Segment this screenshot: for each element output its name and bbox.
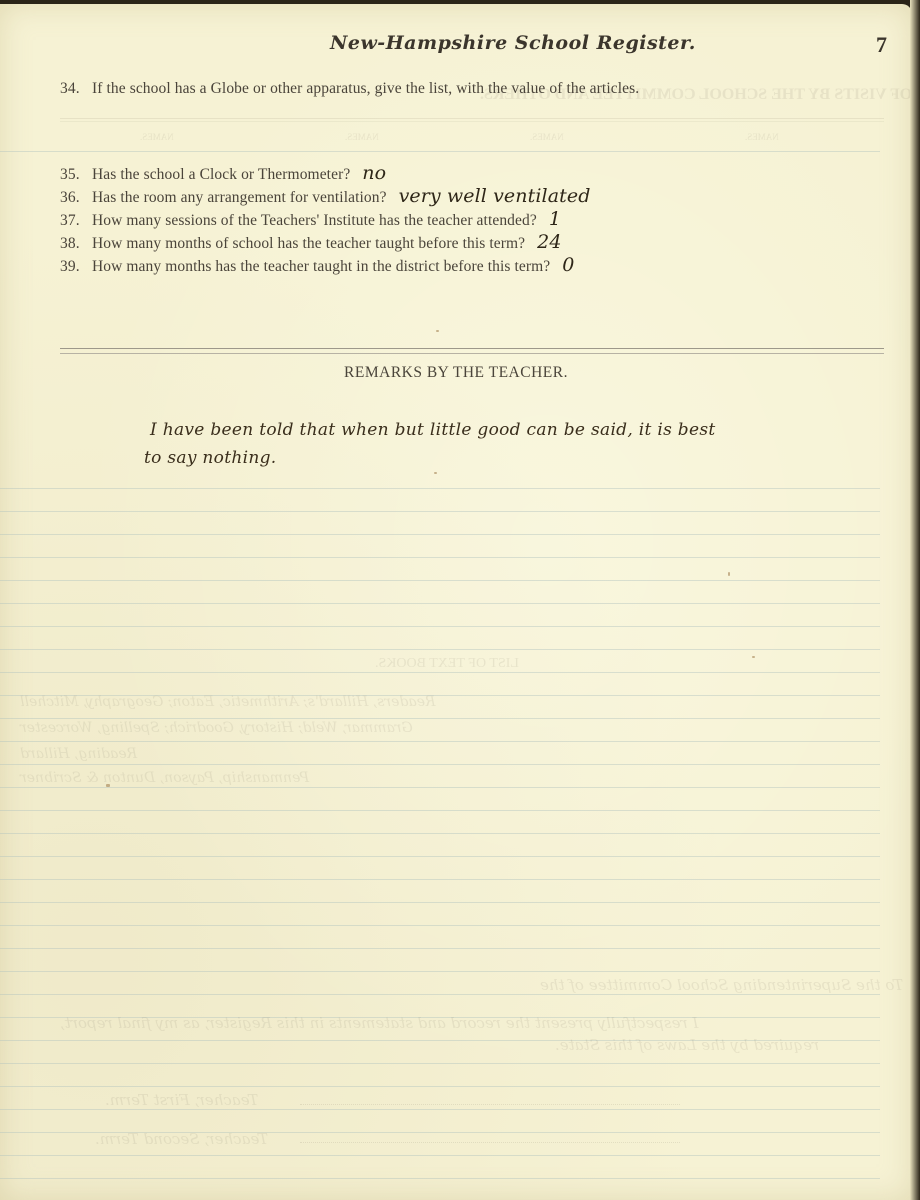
section-divider: [60, 348, 884, 354]
bleed-through-column-label: NAMES.: [745, 132, 779, 142]
question-text: How many sessions of the Teachers' Insti…: [92, 212, 537, 229]
handwritten-answer: no: [362, 162, 386, 184]
bleed-through-books-list: Grammar, Weld; History, Goodrich; Spelli…: [20, 720, 413, 736]
page-title: New-Hampshire School Register.: [330, 32, 696, 54]
page-number: 7: [876, 32, 887, 58]
bleed-through-statement: I respectfully present the record and st…: [60, 1014, 698, 1032]
page-edge: [910, 0, 920, 1200]
teacher-remarks: I have been told that when but little go…: [150, 416, 850, 472]
question-39: 39. How many months has the teacher taug…: [60, 254, 574, 276]
bleed-through-books-list: Penmanship, Payson, Dunton & Scribner: [20, 770, 309, 786]
bleed-through-books-heading: LIST OF TEXT BOOKS.: [375, 656, 519, 672]
bleed-through-rule: [60, 118, 884, 122]
question-text: How many months of school has the teache…: [92, 235, 525, 252]
question-text: Has the room any arrangement for ventila…: [92, 189, 387, 206]
question-number: 37.: [60, 212, 88, 230]
question-number: 38.: [60, 235, 88, 253]
question-text: Has the school a Clock or Thermometer?: [92, 166, 350, 183]
paper-speck: [434, 472, 437, 474]
bleed-through-signature-label: Teacher, First Term.: [105, 1091, 258, 1109]
bleed-through-books-list: Readers, Hillard's; Arithmetic, Eaton; G…: [20, 694, 436, 710]
question-number: 34.: [60, 80, 88, 98]
paper-speck: [436, 330, 439, 332]
question-37: 37. How many sessions of the Teachers' I…: [60, 208, 561, 230]
bleed-through-column-label: NAMES.: [530, 132, 564, 142]
question-number: 36.: [60, 189, 88, 207]
question-35: 35. Has the school a Clock or Thermomete…: [60, 162, 386, 184]
remarks-line-2: to say nothing.: [144, 444, 850, 472]
question-text: How many months has the teacher taught i…: [92, 258, 550, 275]
bleed-through-committee-line: To the Superintending School Committee o…: [540, 976, 903, 994]
bleed-through-column-label: NAMES.: [345, 132, 379, 142]
remarks-line-1: I have been told that when but little go…: [150, 420, 716, 440]
bleed-through-books-list: Reading, Hillard: [20, 746, 137, 762]
question-34: 34. If the school has a Globe or other a…: [60, 80, 639, 98]
question-text: If the school has a Globe or other appar…: [92, 80, 639, 97]
handwritten-answer: 0: [562, 254, 574, 276]
handwritten-answer: 1: [549, 208, 561, 230]
register-page: RECORD OF VISITS BY THE SCHOOL COMMITTEE…: [0, 4, 912, 1200]
handwritten-answer: 24: [537, 231, 561, 253]
bleed-through-signature-label: Teacher, Second Term.: [95, 1130, 268, 1148]
question-36: 36. Has the room any arrangement for ven…: [60, 185, 590, 207]
bleed-through-column-label: NAMES.: [140, 132, 174, 142]
paper-speck: [106, 784, 110, 787]
paper-speck: [728, 572, 730, 576]
question-number: 39.: [60, 258, 88, 276]
paper-speck: [752, 656, 755, 658]
question-number: 35.: [60, 166, 88, 184]
handwritten-answer: very well ventilated: [399, 185, 591, 207]
remarks-heading: REMARKS BY THE TEACHER.: [0, 364, 912, 382]
bleed-through-statement: required by the Laws of this State.: [555, 1036, 819, 1054]
question-38: 38. How many months of school has the te…: [60, 231, 562, 253]
page-header: New-Hampshire School Register. 7: [0, 32, 912, 62]
